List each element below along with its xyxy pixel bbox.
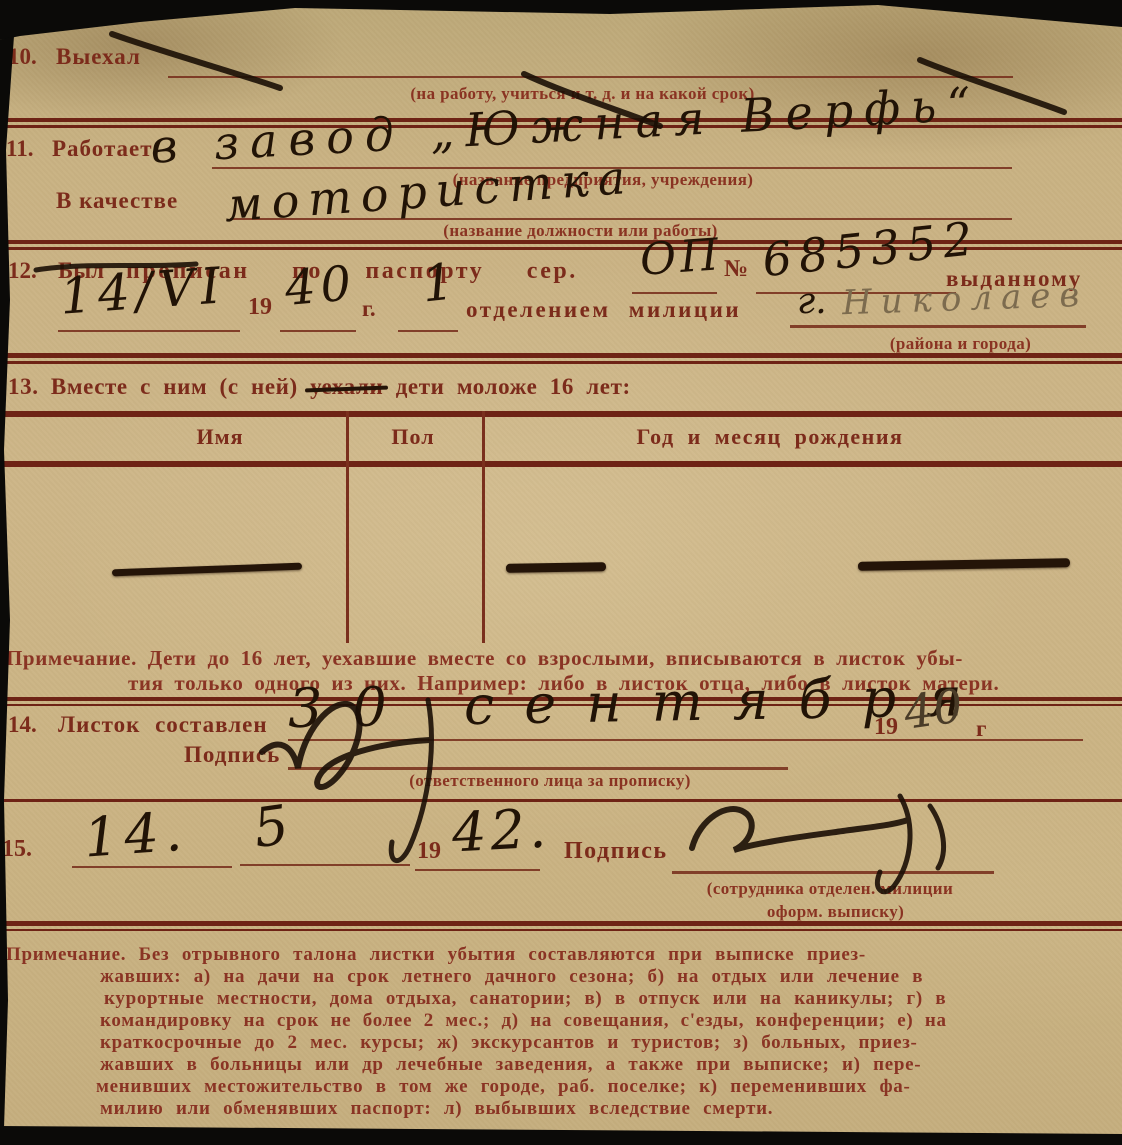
- field-11-label: Работает: [52, 136, 153, 162]
- field-13-text-after: дети моложе 16 лет:: [396, 374, 631, 399]
- note-bottom-title: Примечание.: [6, 944, 126, 965]
- handwritten-day: 14.: [82, 804, 189, 865]
- field-12-caption: (района и города): [848, 334, 1073, 354]
- field-14-sign-label: Подпись: [184, 742, 280, 768]
- field-14-label: Листок составлен: [58, 712, 268, 738]
- note-bottom-line3: курортные местности, дома отдыха, санато…: [104, 988, 946, 1010]
- note-bottom-text1: Без отрывного талона листки убытия соста…: [139, 944, 866, 965]
- blank-line: [632, 292, 717, 294]
- section-rule: [0, 929, 1122, 931]
- note-bottom-line7: менивших местожительство в том же городе…: [96, 1076, 911, 1098]
- handwritten-issue-date: 14/VI: [58, 260, 227, 321]
- note-bottom-line8: милию или обменявших паспорт: л) выбывши…: [100, 1098, 773, 1120]
- field-13-struck-word: уехали: [310, 374, 383, 399]
- field-15-caption-line2: оформ. выписку): [728, 902, 943, 922]
- field-13-number: 13.: [8, 374, 39, 399]
- table-header-birth: Год и месяц рождения: [500, 424, 1040, 450]
- field-12-number: 12.: [8, 258, 37, 284]
- table-header-sex: Пол: [352, 424, 474, 450]
- handwritten-issue-year: 40: [283, 259, 358, 313]
- blank-line: [168, 76, 1013, 78]
- table-column-line: [482, 411, 485, 643]
- table-header-rule: [0, 461, 1122, 467]
- note-children-title: Примечание.: [6, 646, 137, 670]
- field-10-label: Выехал: [56, 44, 141, 70]
- field-10-number: 10.: [8, 44, 37, 70]
- note-bottom-line2: жавших: а) на дачи на срок летнего дачно…: [100, 966, 923, 988]
- note-children-text1: Дети до 16 лет, уехавшие вместе со взрос…: [148, 646, 963, 670]
- blank-line: [288, 739, 1083, 741]
- handwritten-compose-date: 30 сентября: [288, 670, 993, 736]
- handwritten-month: 5: [250, 798, 292, 856]
- table-column-line: [346, 411, 349, 643]
- field-15-sign-label: Подпись: [564, 838, 668, 865]
- handwritten-dash: [506, 562, 606, 573]
- blank-line: [790, 325, 1086, 328]
- number-sign: №: [724, 256, 748, 283]
- field-13-line: 13. Вместе с ним (с ней) уехали дети мол…: [8, 374, 631, 400]
- handwritten-year: 42.: [451, 801, 552, 860]
- blank-line: [58, 330, 240, 332]
- blank-line: [280, 330, 356, 332]
- table-top-rule: [0, 411, 1122, 417]
- field-12-year-suffix: г.: [362, 296, 376, 322]
- blank-line: [672, 871, 994, 874]
- handwritten-city-prefix: г.: [797, 284, 827, 320]
- handwritten-department-entry: 1: [419, 256, 456, 309]
- field-11-role-label: В качестве: [56, 188, 178, 214]
- blank-line: [288, 767, 788, 770]
- blank-line: [415, 869, 540, 871]
- handwritten-city-entry: Николаев: [841, 278, 1088, 321]
- scanned-document-photo: 10. Выехал (на работу, учиться и т. д. и…: [0, 0, 1122, 1145]
- field-12-dept-label: отделением милиции: [466, 297, 741, 323]
- field-11-number: 11.: [6, 136, 33, 162]
- field-14-caption: (ответственного лица за прописку): [346, 771, 754, 791]
- note-bottom-line6: жавших в больницы или др лечебные заведе…: [100, 1054, 921, 1076]
- note-bottom-line1: Примечание. Без отрывного талона листки …: [6, 944, 866, 966]
- note-bottom-line5: краткосрочные до 2 мес. курсы; ж) экскур…: [100, 1032, 918, 1054]
- table-header-name: Имя: [120, 424, 320, 450]
- handwritten-compose-year: 40: [901, 682, 965, 736]
- field-13-text-before: Вместе с ним (с ней): [51, 374, 298, 399]
- field-15-year-prefix: 19: [417, 838, 441, 865]
- field-14-number: 14.: [8, 712, 37, 738]
- field-15-number: 15.: [2, 836, 32, 863]
- section-rule: [0, 921, 1122, 926]
- blank-line: [398, 330, 458, 332]
- blank-line: [240, 864, 410, 866]
- handwritten-passport-series: ОП: [639, 233, 724, 283]
- field-12-year-prefix: 19: [248, 294, 272, 321]
- section-rule: [0, 361, 1122, 364]
- field-15-caption-line1: (сотрудника отделен. милиции: [660, 879, 1000, 899]
- note-bottom-line4: командировку на срок не более 2 мес.; д)…: [100, 1010, 947, 1032]
